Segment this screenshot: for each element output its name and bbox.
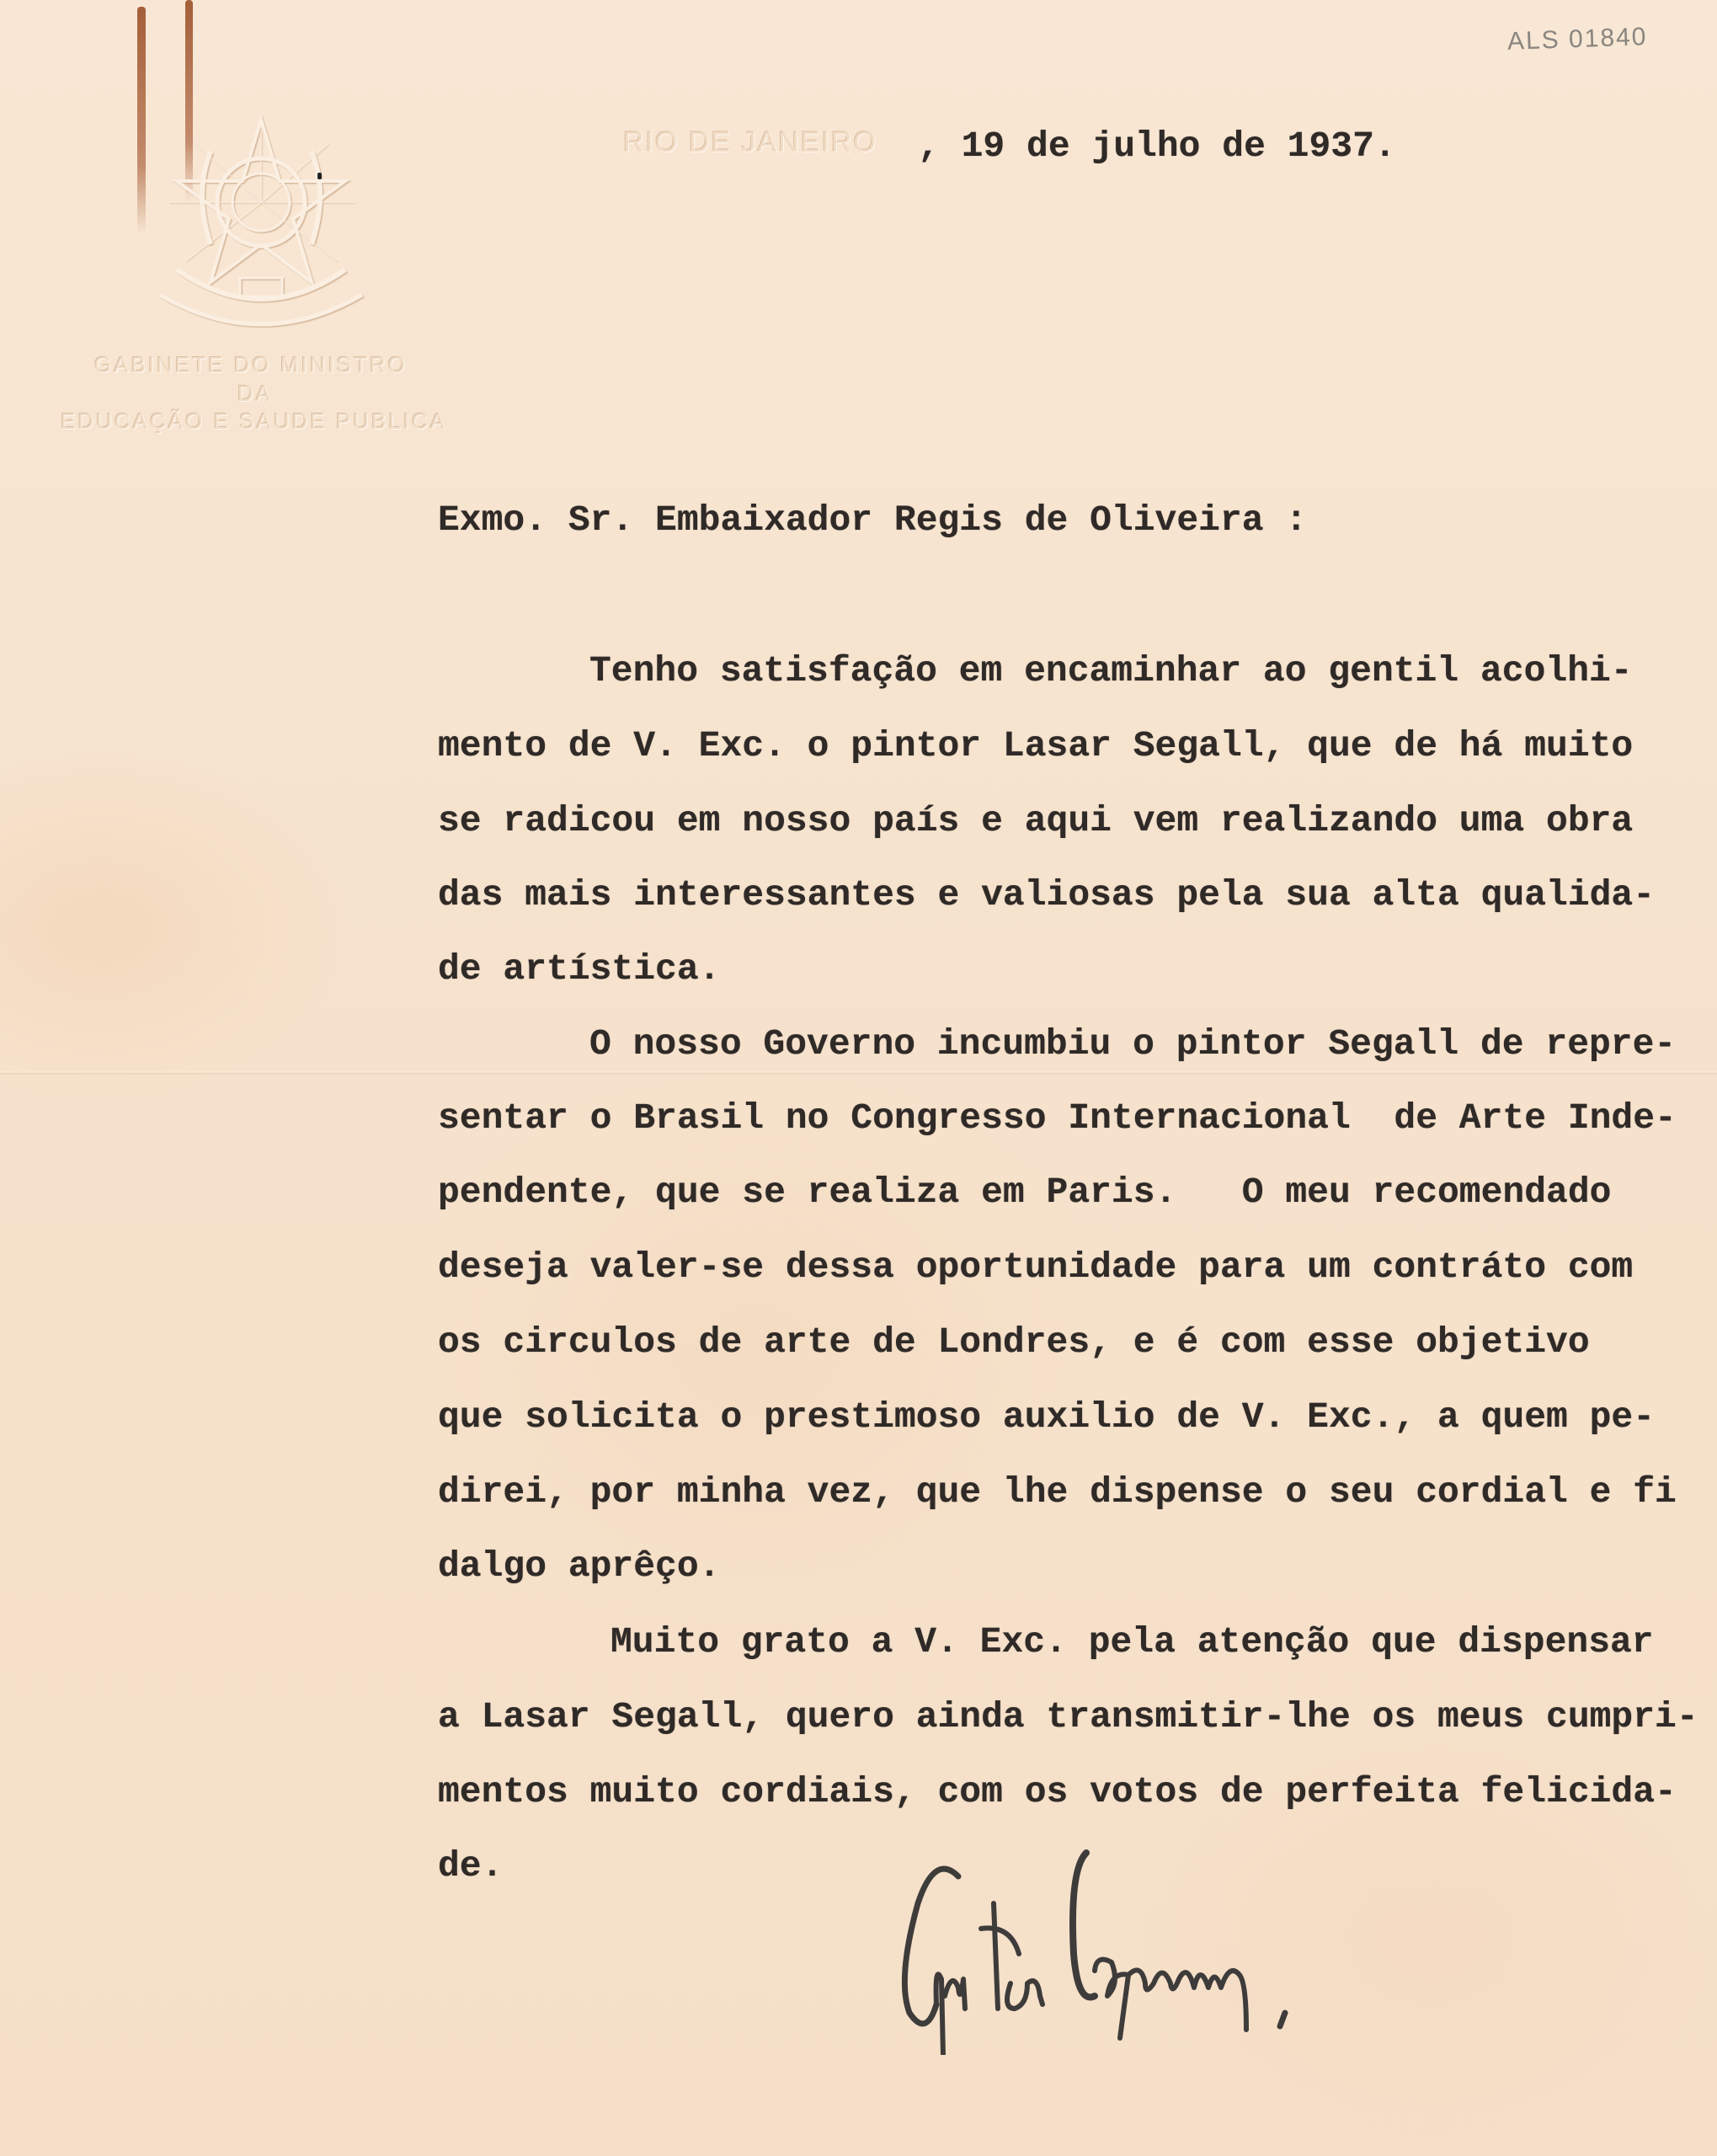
coat-of-arms-emblem-icon (135, 84, 387, 345)
letter-date: , 19 de julho de 1937. (918, 128, 1396, 164)
body-line: se radicou em nosso país e aqui vem real… (438, 803, 1633, 839)
letterhead-cabinet: GABINETE DO MINISTRO (94, 352, 408, 378)
archive-code: ALS 01840 (1506, 23, 1648, 56)
body-line: pendente, que se realiza em Paris. O meu… (438, 1174, 1611, 1210)
letterhead-da: DA (237, 381, 273, 407)
body-line: mento de V. Exc. o pintor Lasar Segall, … (438, 728, 1633, 764)
body-line: a Lasar Segall, quero ainda transmitir-l… (438, 1699, 1698, 1735)
handwritten-signature: Gustavo Capanema (876, 1836, 1634, 2055)
paper-fold-crease (0, 1071, 1717, 1075)
ink-speck (317, 173, 322, 179)
body-line: mentos muito cordiais, com os votos de p… (438, 1774, 1677, 1810)
body-line: dalgo aprêço. (438, 1548, 720, 1584)
body-line: de artística. (438, 951, 720, 987)
body-line: os circulos de arte de Londres, e é com … (438, 1324, 1590, 1360)
body-line: de. (438, 1848, 503, 1884)
salutation: Exmo. Sr. Embaixador Regis de Oliveira : (438, 502, 1307, 538)
body-line: das mais interessantes e valiosas pela s… (438, 877, 1655, 913)
body-line: que solicita o prestimoso auxilio de V. … (438, 1399, 1655, 1435)
body-line: deseja valer-se dessa oportunidade para … (438, 1249, 1633, 1285)
letterhead-ministry: EDUCAÇÃO E SAUDE PUBLICA (61, 408, 447, 435)
body-line: direi, por minha vez, que lhe dispense o… (438, 1474, 1677, 1510)
letterhead-city: RIO DE JANEIRO (623, 126, 877, 159)
body-line: O nosso Governo incumbiu o pintor Segall… (589, 1026, 1676, 1062)
body-line: Tenho satisfação em encaminhar ao gentil… (589, 653, 1633, 689)
body-line: sentar o Brasil no Congresso Internacion… (438, 1100, 1677, 1136)
body-line: Muito grato a V. Exc. pela atenção que d… (611, 1624, 1654, 1660)
